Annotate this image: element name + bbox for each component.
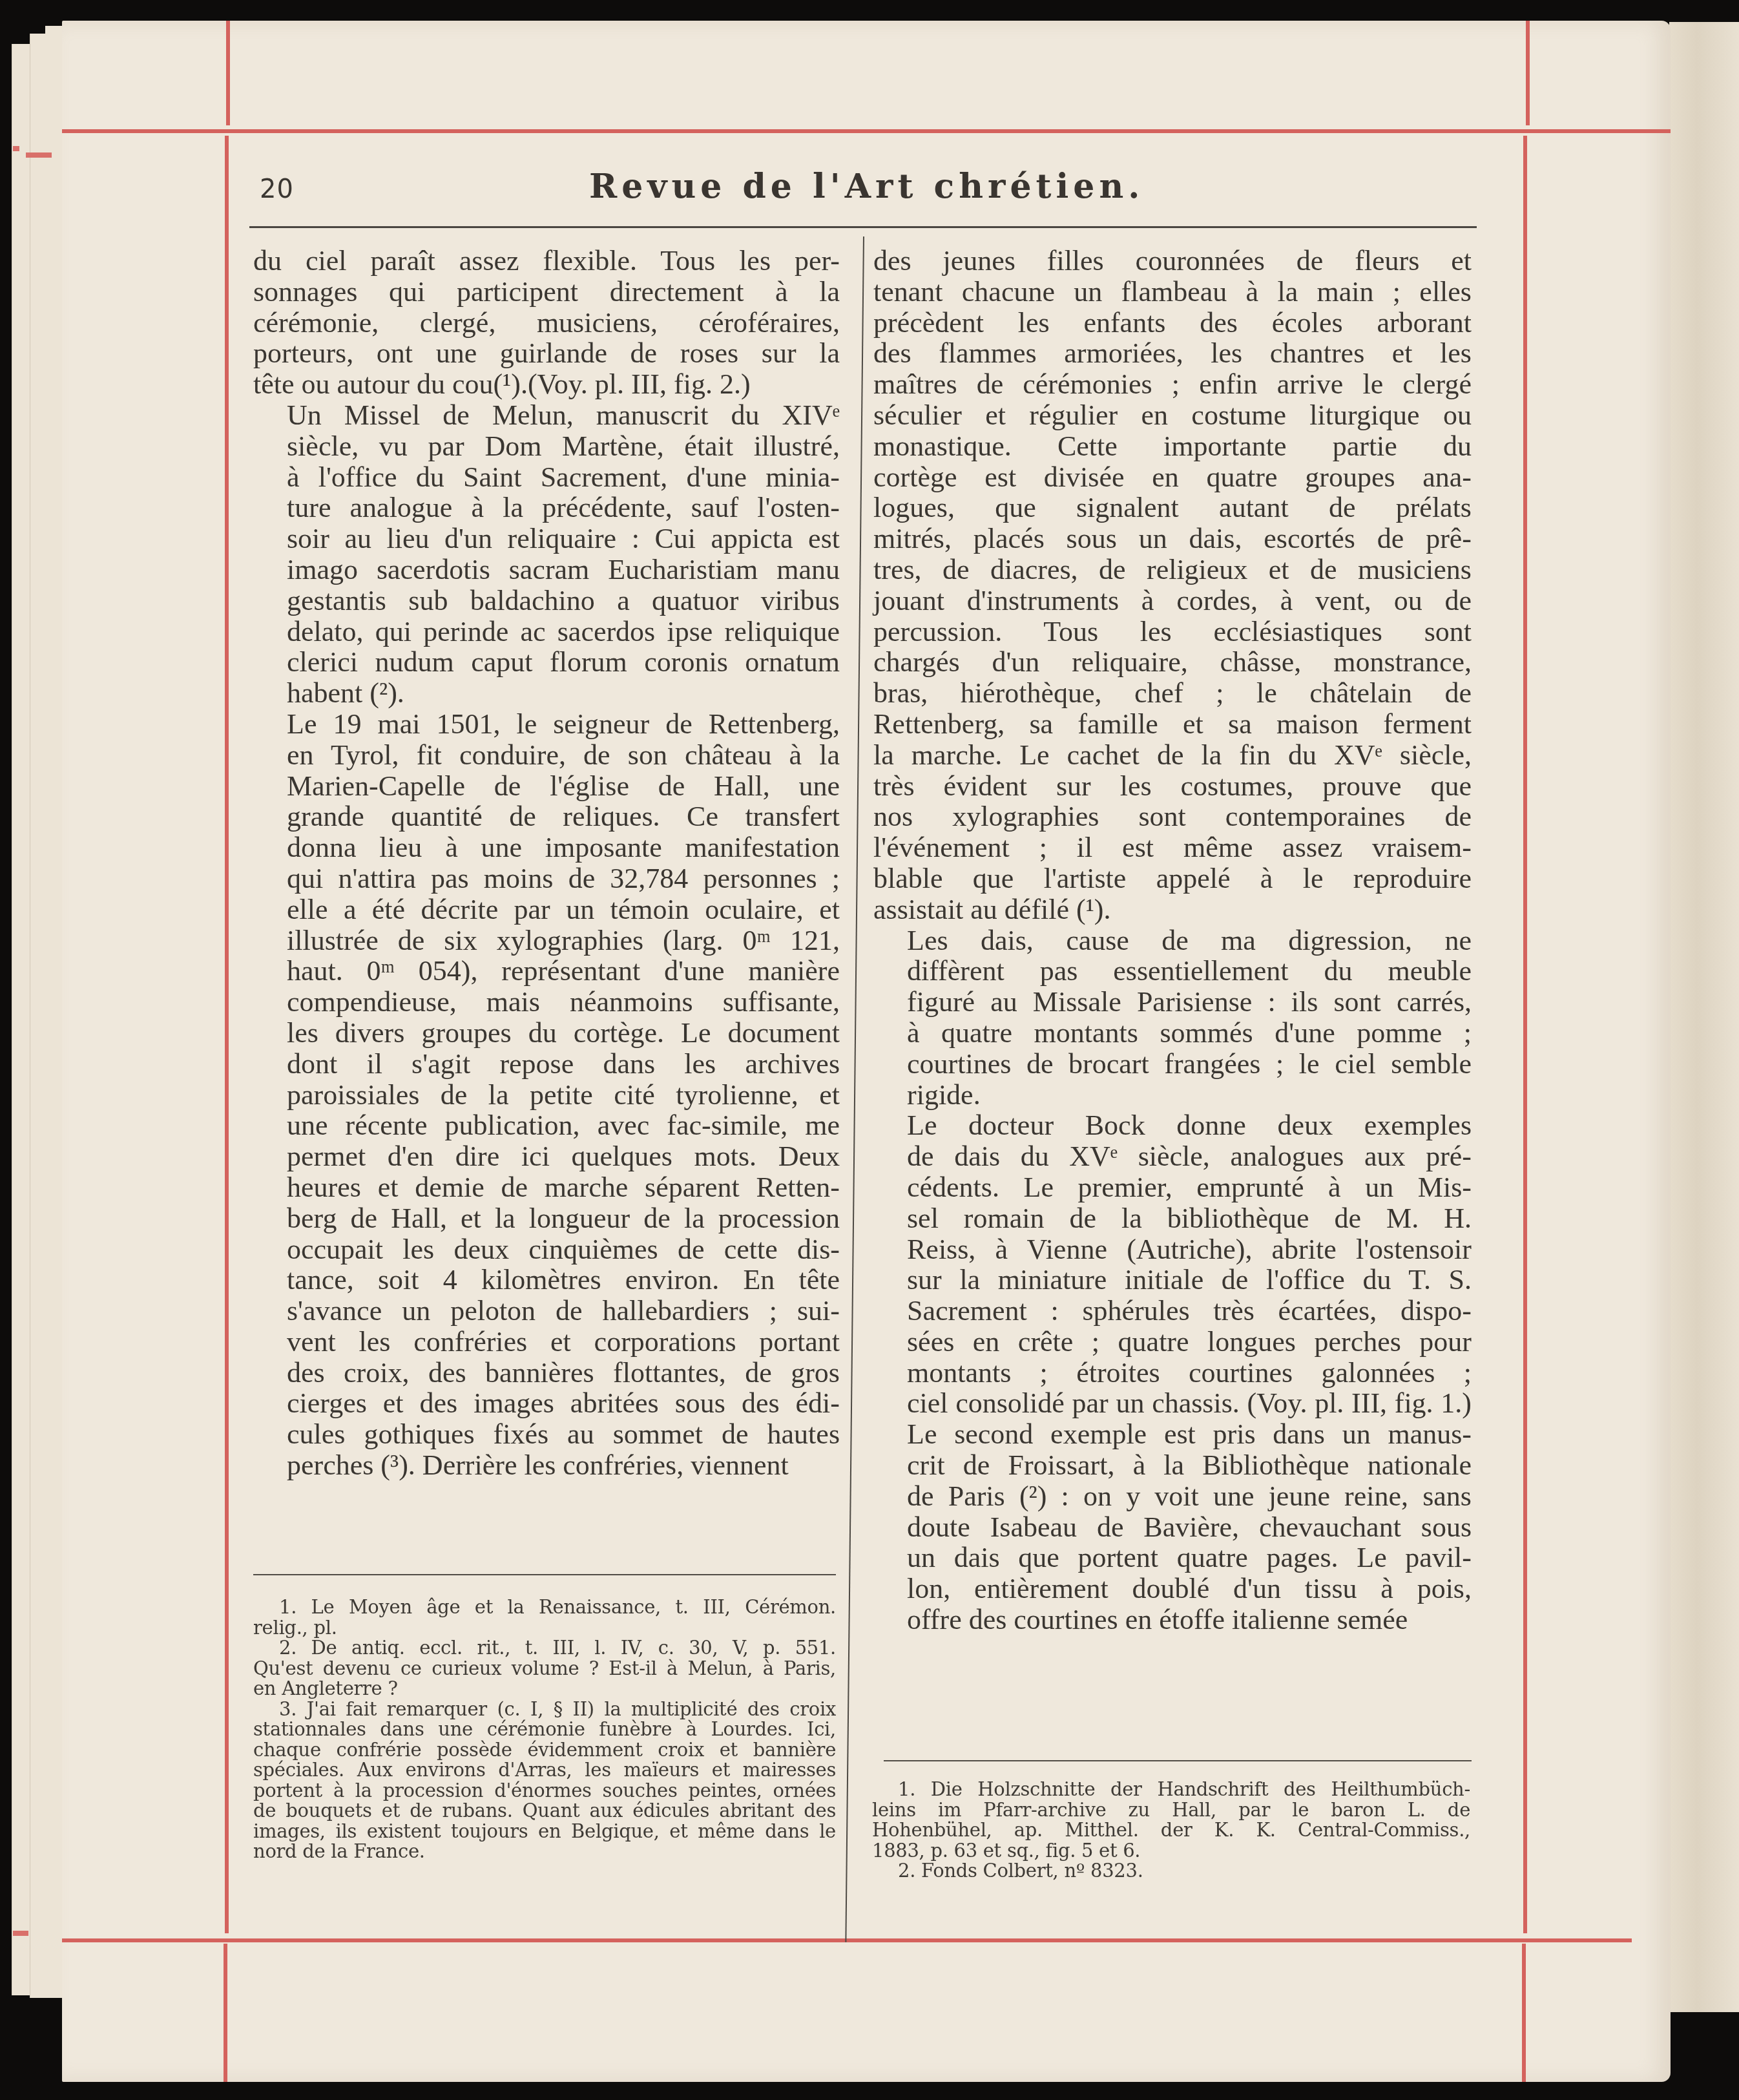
text-line: sées en crête ; quatre longues perches p… xyxy=(873,1327,1472,1358)
text-line: offre des courtines en étoffe italienne … xyxy=(873,1604,1472,1635)
text-line: de Paris (²) : on y voit une jeune reine… xyxy=(873,1481,1472,1512)
text-line: précèdent les enfants des écoles arboran… xyxy=(873,308,1472,339)
text-line: stationnales dans une cérémonie funèbre … xyxy=(253,1719,836,1740)
text-line: Le second exemple est pris dans un manus… xyxy=(873,1419,1472,1450)
text-line: courtines de brocart frangées ; le ciel … xyxy=(873,1049,1472,1080)
text-line: maîtres de cérémonies ; enfin arrive le … xyxy=(873,369,1472,400)
text-line: rigide. xyxy=(873,1080,1472,1111)
text-line: dont il s'agit repose dans les archives xyxy=(253,1049,840,1080)
text-line: tenant chacune un flambeau à la main ; e… xyxy=(873,277,1472,308)
text-line: à quatre montants sommés d'une pomme ; xyxy=(873,1018,1472,1049)
text-line: Hohenbühel, ap. Mitthel. der K. K. Centr… xyxy=(872,1820,1470,1841)
text-line: heures et demie de marche séparent Rette… xyxy=(253,1172,840,1203)
text-line: les divers groupes du cortège. Le docume… xyxy=(253,1018,840,1049)
text-line: perches (³). Derrière les confréries, vi… xyxy=(253,1450,840,1481)
text-line: siècle, vu par Dom Martène, était illust… xyxy=(253,431,840,462)
text-line: chargés d'un reliquaire, châsse, monstra… xyxy=(873,647,1472,678)
text-line: s'avance un peloton de hallebardiers ; s… xyxy=(253,1296,840,1327)
right-red-rule-bottom xyxy=(1522,1944,1526,2082)
text-line: crit de Froissart, à la Bibliothèque nat… xyxy=(873,1450,1472,1481)
text-line: sonnages qui participent directement à l… xyxy=(253,277,840,308)
bottom-red-rule xyxy=(62,1938,1632,1942)
text-line: 1. Die Holzschnitte der Handschrift des … xyxy=(872,1780,1470,1800)
text-line: Un Missel de Melun, manuscrit du XIVᵉ xyxy=(253,400,840,431)
text-line: occupait les deux cinquièmes de cette di… xyxy=(253,1234,840,1265)
text-line: 3. J'ai fait remarquer (c. I, § II) la m… xyxy=(253,1699,836,1720)
text-line: Sacrement : sphérules très écartées, dis… xyxy=(873,1296,1472,1327)
text-line: vent les confréries et corporations port… xyxy=(253,1327,840,1358)
text-line: gestantis sub baldachino a quatuor virib… xyxy=(253,585,840,616)
left-column: du ciel paraît assez flexible. Tous les … xyxy=(253,246,840,1481)
text-line: Le 19 mai 1501, le seigneur de Rettenber… xyxy=(253,709,840,740)
text-line: sel romain de la bibliothèque de M. H. xyxy=(873,1203,1472,1234)
text-line: mitrés, placés sous un dais, escortés de… xyxy=(873,523,1472,554)
text-line: cérémonie, clergé, musiciens, céroférair… xyxy=(253,308,840,339)
right-red-rule xyxy=(1523,136,1527,1933)
text-line: imago sacerdotis sacram Eucharistiam man… xyxy=(253,554,840,585)
text-line: cierges et des images abritées sous des … xyxy=(253,1388,840,1419)
text-line: compendieuse, mais néanmoins suffisante, xyxy=(253,987,840,1018)
text-line: 2. Fonds Colbert, nº 8323. xyxy=(872,1861,1470,1882)
red-rule-fragment xyxy=(13,146,19,151)
paragraph: du ciel paraît assez flexible. Tous les … xyxy=(253,246,840,400)
text-line: habent (²). xyxy=(253,678,840,709)
top-red-rule xyxy=(62,129,1671,133)
text-line: 1883, p. 63 et sq., fig. 5 et 6. xyxy=(872,1841,1470,1862)
footnote: 2. Fonds Colbert, nº 8323. xyxy=(872,1861,1470,1882)
text-line: lon, entièrement doublé d'un tissu à poi… xyxy=(873,1573,1472,1604)
right-red-rule-top xyxy=(1526,21,1530,125)
text-line: diffèrent pas essentiellement du meuble xyxy=(873,956,1472,987)
text-line: tance, soit 4 kilomètres environ. En têt… xyxy=(253,1265,840,1296)
header-rule xyxy=(249,226,1477,228)
text-line: l'événement ; il est même assez vraisem- xyxy=(873,832,1472,863)
text-line: montants ; étroites courtines galonnées … xyxy=(873,1358,1472,1389)
text-line: soir au lieu d'un reliquaire : Cui appic… xyxy=(253,523,840,554)
running-title: Revue de l'Art chrétien. xyxy=(589,167,1171,206)
text-line: Rettenberg, sa famille et sa maison ferm… xyxy=(873,709,1472,740)
red-rule-fragment xyxy=(26,152,52,158)
text-line: des jeunes filles couronnées de fleurs e… xyxy=(873,246,1472,277)
footnote: 3. J'ai fait remarquer (c. I, § II) la m… xyxy=(253,1699,836,1862)
text-line: à l'office du Saint Sacrement, d'une min… xyxy=(253,462,840,493)
text-line: nord de la France. xyxy=(253,1842,836,1862)
text-line: cules gothiques fixés au sommet de haute… xyxy=(253,1419,840,1450)
text-line: figuré au Missale Parisiense : ils sont … xyxy=(873,987,1472,1018)
text-line: séculier et régulier en costume liturgiq… xyxy=(873,400,1472,431)
text-line: très évident sur les costumes, prouve qu… xyxy=(873,771,1472,802)
paragraph: Le docteur Bock donne deux exemplesde da… xyxy=(873,1110,1472,1635)
text-line: une récente publication, avec fac-simile… xyxy=(253,1110,840,1141)
text-line: cédents. Le premier, emprunté à un Mis- xyxy=(873,1172,1472,1203)
text-line: un dais que portent quatre pages. Le pav… xyxy=(873,1542,1472,1573)
text-line: 2. De antiq. eccl. rit., t. III, l. IV, … xyxy=(253,1638,836,1659)
text-line: illustrée de six xylographies (larg. 0ᵐ … xyxy=(253,925,840,956)
page-number: 20 xyxy=(260,174,294,204)
text-line: leins im Pfarr-archive zu Hall, par le b… xyxy=(872,1800,1470,1821)
text-line: doute Isabeau de Bavière, chevauchant so… xyxy=(873,1512,1472,1543)
text-line: grande quantité de reliques. Ce transfer… xyxy=(253,801,840,832)
text-line: bras, hiérothèque, chef ; le châtelain d… xyxy=(873,678,1472,709)
text-line: assistait au défilé (¹). xyxy=(873,894,1472,925)
text-line: monastique. Cette importante partie du xyxy=(873,431,1472,462)
footnote: 1. Le Moyen âge et la Renaissance, t. II… xyxy=(253,1597,836,1638)
left-red-rule-top xyxy=(226,21,230,125)
text-line: des croix, des bannières flottantes, de … xyxy=(253,1358,840,1389)
left-footnotes: 1. Le Moyen âge et la Renaissance, t. II… xyxy=(253,1597,836,1862)
text-line: Les dais, cause de ma digression, ne xyxy=(873,925,1472,956)
text-line: porteurs, ont une guirlande de roses sur… xyxy=(253,338,840,369)
text-line: tres, de diacres, de religieux et de mus… xyxy=(873,554,1472,585)
text-line: qui n'attira pas moins de 32,784 personn… xyxy=(253,863,840,894)
text-line: de dais du XVᵉ siècle, analogues aux pré… xyxy=(873,1141,1472,1172)
text-line: jouant d'instruments à cordes, à vent, o… xyxy=(873,585,1472,616)
text-line: tête ou autour du cou(¹).(Voy. pl. III, … xyxy=(253,369,840,400)
left-red-rule xyxy=(225,136,229,1933)
paragraph: Les dais, cause de ma digression, nediff… xyxy=(873,925,1472,1111)
text-line: images, ils existent toujours en Belgiqu… xyxy=(253,1822,836,1842)
text-line: logues, que signalent autant de prélats xyxy=(873,492,1472,523)
text-line: ciel consolidé par un chassis. (Voy. pl.… xyxy=(873,1388,1472,1419)
text-line: relig., pl. xyxy=(253,1618,836,1639)
right-column: des jeunes filles couronnées de fleurs e… xyxy=(873,246,1472,1635)
text-line: du ciel paraît assez flexible. Tous les … xyxy=(253,246,840,277)
footnote: 2. De antiq. eccl. rit., t. III, l. IV, … xyxy=(253,1638,836,1699)
text-line: cortège est divisée en quatre groupes an… xyxy=(873,462,1472,493)
right-footnotes: 1. Die Holzschnitte der Handschrift des … xyxy=(872,1780,1470,1882)
text-line: permet d'en dire ici quelques mots. Deux xyxy=(253,1141,840,1172)
text-line: Reiss, à Vienne (Autriche), abrite l'ost… xyxy=(873,1234,1472,1265)
left-red-rule-bottom xyxy=(224,1944,227,2082)
text-line: chaque confrérie possède évidemment croi… xyxy=(253,1740,836,1761)
red-rule-fragment xyxy=(13,1931,28,1936)
text-line: Marien-Capelle de l'église de Hall, une xyxy=(253,771,840,802)
text-line: en Tyrol, fit conduire, de son château à… xyxy=(253,740,840,771)
text-line: ture analogue à la précédente, sauf l'os… xyxy=(253,492,840,523)
text-line: des flammes armoriées, les chantres et l… xyxy=(873,338,1472,369)
text-line: berg de Hall, et la longueur de la proce… xyxy=(253,1203,840,1234)
text-line: spéciales. Aux environs d'Arras, les maï… xyxy=(253,1760,836,1781)
adjacent-page-edge xyxy=(1669,22,1739,2012)
paragraph: Un Missel de Melun, manuscrit du XIVᵉsiè… xyxy=(253,400,840,709)
text-line: de bouquets et de rubans. Quant aux édic… xyxy=(253,1801,836,1822)
text-line: paroissiales de la petite cité tyrolienn… xyxy=(253,1080,840,1111)
paragraph: Le 19 mai 1501, le seigneur de Rettenber… xyxy=(253,709,840,1481)
footnote-rule xyxy=(253,1574,836,1575)
text-line: haut. 0ᵐ 054), représentant d'une manièr… xyxy=(253,956,840,987)
footnote: 1. Die Holzschnitte der Handschrift des … xyxy=(872,1780,1470,1861)
text-line: portent à la procession d'énormes souche… xyxy=(253,1781,836,1801)
footnote-rule xyxy=(884,1760,1472,1761)
paragraph: des jeunes filles couronnées de fleurs e… xyxy=(873,246,1472,925)
text-line: blable que l'artiste appelé à le reprodu… xyxy=(873,863,1472,894)
text-line: delato, qui perinde ac sacerdos ipse rel… xyxy=(253,616,840,647)
text-line: Qu'est devenu ce curieux volume ? Est-il… xyxy=(253,1659,836,1679)
text-line: en Angleterre ? xyxy=(253,1679,836,1699)
text-line: sur la miniature initiale de l'office du… xyxy=(873,1265,1472,1296)
text-line: percussion. Tous les ecclésiastiques son… xyxy=(873,616,1472,647)
text-line: clerici nudum caput florum coronis ornat… xyxy=(253,647,840,678)
text-line: nos xylographies sont contemporaines de xyxy=(873,801,1472,832)
text-line: 1. Le Moyen âge et la Renaissance, t. II… xyxy=(253,1597,836,1618)
text-line: Le docteur Bock donne deux exemples xyxy=(873,1110,1472,1141)
text-line: elle a été décrite par un témoin oculair… xyxy=(253,894,840,925)
text-line: donna lieu à une imposante manifestation xyxy=(253,832,840,863)
text-line: la marche. Le cachet de la fin du XVᵉ si… xyxy=(873,740,1472,771)
